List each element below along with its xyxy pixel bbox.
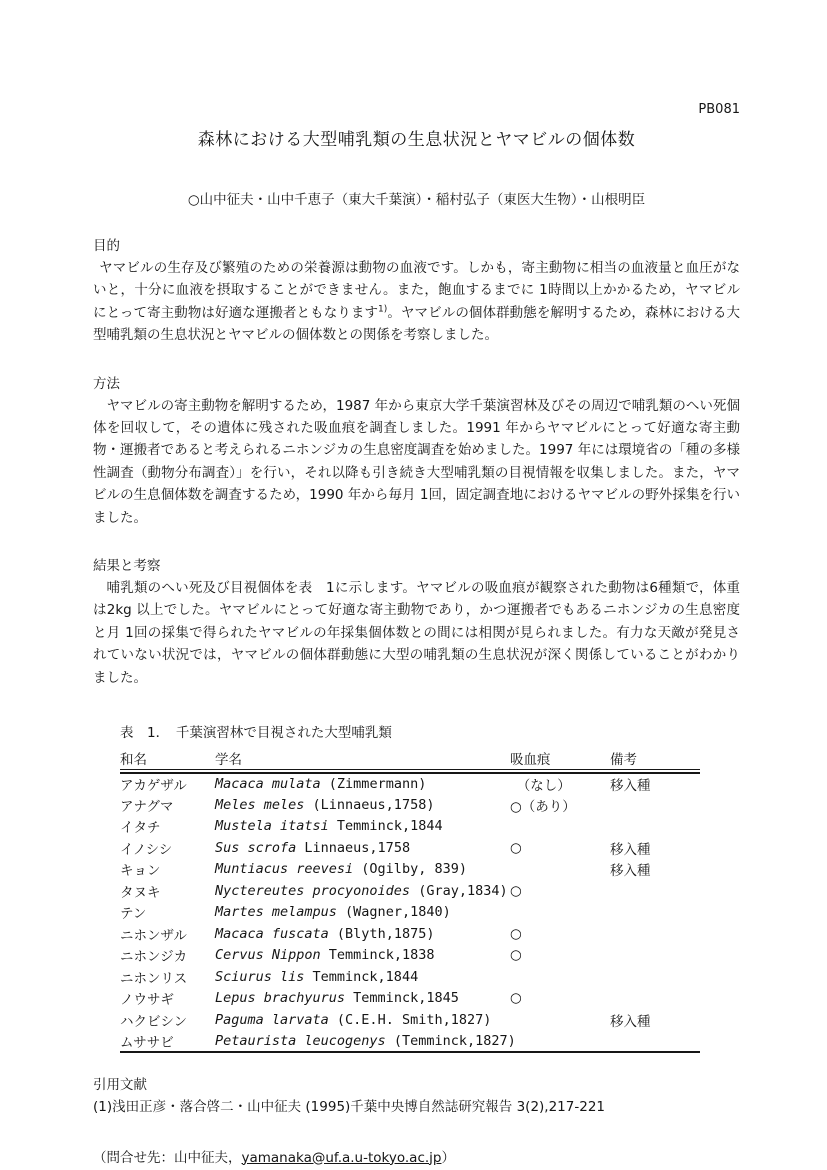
table-row: タヌキ Nyctereutes procyonoides (Gray,1834)…	[120, 880, 700, 902]
species-authority: (Gray,1834)	[410, 883, 508, 899]
remark: 移入種	[610, 837, 700, 859]
paper-code: PB081	[93, 102, 740, 117]
col-header-blood-mark: 吸血痕	[510, 748, 610, 770]
table-row: アナグマ Meles meles (Linnaeus,1758) ○（あり）	[120, 794, 700, 816]
section-heading-results: 結果と考察	[93, 555, 740, 577]
japanese-name: ノウサギ	[120, 988, 215, 1010]
scientific-name: Muntiacus reevesi (Ogilby, 839)	[215, 859, 510, 881]
table-row: アカゲザル Macaca mulata (Zimmermann) （なし） 移入…	[120, 773, 700, 795]
scientific-name: Meles meles (Linnaeus,1758)	[215, 794, 510, 816]
species-binomial: Nyctereutes procyonoides	[215, 883, 410, 899]
scientific-name: Sus scrofa Linnaeus,1758	[215, 837, 510, 859]
species-binomial: Mustela itatsi	[215, 818, 329, 834]
remark	[610, 816, 700, 838]
scientific-name: Macaca fuscata (Blyth,1875)	[215, 923, 510, 945]
table-row: キョン Muntiacus reevesi (Ogilby, 839) 移入種	[120, 859, 700, 881]
species-authority: Temminck,1844	[329, 818, 443, 834]
table-row: ニホンジカ Cervus Nippon Temminck,1838 ○	[120, 945, 700, 967]
remark	[610, 966, 700, 988]
remark	[610, 1031, 700, 1053]
citation-superscript: 1)	[378, 304, 387, 314]
species-binomial: Lepus brachyurus	[215, 990, 345, 1006]
species-binomial: Macaca fuscata	[215, 926, 329, 942]
species-authority: (Temminck,1827)	[386, 1033, 516, 1049]
section-heading-purpose: 目的	[93, 235, 740, 257]
species-authority: Temminck,1845	[345, 990, 459, 1006]
table-row: テン Martes melampus (Wagner,1840)	[120, 902, 700, 924]
table-header-row: 和名 学名 吸血痕 備考	[120, 748, 700, 770]
japanese-name: キョン	[120, 859, 215, 881]
table-row: ニホンザル Macaca fuscata (Blyth,1875) ○	[120, 923, 700, 945]
species-authority: (Wagner,1840)	[337, 904, 451, 920]
japanese-name: アナグマ	[120, 794, 215, 816]
remark	[610, 880, 700, 902]
blood-mark	[510, 902, 610, 924]
table-row: ムササビ Petaurista leucogenys (Temminck,182…	[120, 1031, 700, 1053]
col-header-remark: 備考	[610, 748, 700, 770]
blood-mark: ○（あり）	[510, 794, 610, 816]
section-method: 方法 ヤマビルの寄主動物を解明するため，1987 年から東京大学千葉演習林及びそ…	[93, 373, 740, 529]
remark	[610, 902, 700, 924]
japanese-name: ムササビ	[120, 1031, 215, 1053]
remark: 移入種	[610, 859, 700, 881]
table-row: イノシシ Sus scrofa Linnaeus,1758 ○ 移入種	[120, 837, 700, 859]
purpose-paragraph: ヤマビルの生存及び繁殖のための栄養源は動物の血液です。しかも，寄主動物に相当の血…	[93, 257, 740, 347]
remark	[610, 988, 700, 1010]
species-authority: (Zimmermann)	[321, 776, 427, 792]
blood-mark	[510, 1031, 610, 1053]
scientific-name: Macaca mulata (Zimmermann)	[215, 773, 510, 795]
table-caption: 表 1． 千葉演習林で目視された大型哺乳類	[120, 724, 740, 742]
section-heading-references: 引用文献	[93, 1074, 740, 1096]
species-binomial: Martes melampus	[215, 904, 337, 920]
species-binomial: Meles meles	[215, 797, 304, 813]
blood-mark	[510, 1009, 610, 1031]
japanese-name: タヌキ	[120, 880, 215, 902]
species-authority: (Ogilby, 839)	[353, 861, 467, 877]
table-row: ニホンリス Sciurus lis Temminck,1844	[120, 966, 700, 988]
species-binomial: Macaca mulata	[215, 776, 321, 792]
scientific-name: Petaurista leucogenys (Temminck,1827)	[215, 1031, 510, 1053]
japanese-name: イタチ	[120, 816, 215, 838]
scientific-name: Mustela itatsi Temminck,1844	[215, 816, 510, 838]
scientific-name: Lepus brachyurus Temminck,1845	[215, 988, 510, 1010]
table-row: イタチ Mustela itatsi Temminck,1844	[120, 816, 700, 838]
blood-mark: ○	[510, 923, 610, 945]
species-binomial: Cervus Nippon	[215, 947, 321, 963]
japanese-name: テン	[120, 902, 215, 924]
species-authority: Temminck,1838	[321, 947, 435, 963]
species-binomial: Petaurista leucogenys	[215, 1033, 386, 1049]
blood-mark: ○	[510, 945, 610, 967]
scientific-name: Martes melampus (Wagner,1840)	[215, 902, 510, 924]
remark	[610, 794, 700, 816]
blood-mark: ○	[510, 988, 610, 1010]
blood-mark	[510, 966, 610, 988]
blood-mark: ○	[510, 880, 610, 902]
species-authority: (C.E.H. Smith,1827)	[329, 1012, 492, 1028]
remark	[610, 945, 700, 967]
contact-close-paren: ）	[441, 1150, 455, 1166]
scientific-name: Cervus Nippon Temminck,1838	[215, 945, 510, 967]
contact-line: （問合せ先：山中征夫，yamanaka@uf.a.u-tokyo.ac.jp）	[93, 1147, 740, 1169]
blood-mark	[510, 859, 610, 881]
japanese-name: イノシシ	[120, 837, 215, 859]
species-binomial: Muntiacus reevesi	[215, 861, 353, 877]
remark: 移入種	[610, 773, 700, 795]
scientific-name: Paguma larvata (C.E.H. Smith,1827)	[215, 1009, 510, 1031]
species-authority: Linnaeus,1758	[296, 840, 410, 856]
species-binomial: Sciurus lis	[215, 969, 304, 985]
abstract-page: PB081 森林における大型哺乳類の生息状況とヤマビルの個体数 ○山中征夫・山中…	[0, 0, 827, 1170]
table-row: ノウサギ Lepus brachyurus Temminck,1845 ○	[120, 988, 700, 1010]
scientific-name: Nyctereutes procyonoides (Gray,1834)	[215, 880, 510, 902]
remark	[610, 923, 700, 945]
section-results: 結果と考察 哺乳類のへい死及び目視個体を表 1に示します。ヤマビルの吸血痕が観察…	[93, 555, 740, 689]
species-binomial: Sus scrofa	[215, 840, 296, 856]
mammal-table: 和名 学名 吸血痕 備考 アカゲザル Macaca mulata (Zimmer…	[120, 748, 700, 1053]
species-authority: Temminck,1844	[304, 969, 418, 985]
table-block: 表 1． 千葉演習林で目視された大型哺乳類 和名 学名 吸血痕 備考 アカゲザル	[120, 724, 740, 1053]
japanese-name: ニホンザル	[120, 923, 215, 945]
reference-item: (1)浅田正彦・落合啓二・山中征夫 (1995)千葉中央博自然誌研究報告 3(2…	[93, 1096, 740, 1118]
blood-mark: （なし）	[510, 773, 610, 795]
japanese-name: アカゲザル	[120, 773, 215, 795]
section-purpose: 目的 ヤマビルの生存及び繁殖のための栄養源は動物の血液です。しかも，寄主動物に相…	[93, 235, 740, 347]
paper-title: 森林における大型哺乳類の生息状況とヤマビルの個体数	[93, 130, 740, 151]
section-references: 引用文献 (1)浅田正彦・落合啓二・山中征夫 (1995)千葉中央博自然誌研究報…	[93, 1074, 740, 1118]
contact-email-link[interactable]: yamanaka@uf.a.u-tokyo.ac.jp	[242, 1150, 442, 1166]
page-content: PB081 森林における大型哺乳類の生息状況とヤマビルの個体数 ○山中征夫・山中…	[0, 0, 827, 1169]
table-row: ハクビシン Paguma larvata (C.E.H. Smith,1827)…	[120, 1009, 700, 1031]
remark: 移入種	[610, 1009, 700, 1031]
blood-mark: ○	[510, 837, 610, 859]
results-paragraph: 哺乳類のへい死及び目視個体を表 1に示します。ヤマビルの吸血痕が観察された動物は…	[93, 577, 740, 689]
col-header-japanese-name: 和名	[120, 748, 215, 770]
species-binomial: Paguma larvata	[215, 1012, 329, 1028]
method-paragraph: ヤマビルの寄主動物を解明するため，1987 年から東京大学千葉演習林及びその周辺…	[93, 395, 740, 529]
authors-line: ○山中征夫・山中千恵子（東大千葉演）・稲村弘子（東医大生物）・山根明臣	[93, 192, 740, 209]
species-authority: (Linnaeus,1758)	[304, 797, 434, 813]
blood-mark	[510, 816, 610, 838]
scientific-name: Sciurus lis Temminck,1844	[215, 966, 510, 988]
section-heading-method: 方法	[93, 373, 740, 395]
contact-label: （問合せ先：山中征夫，	[93, 1150, 242, 1166]
japanese-name: ハクビシン	[120, 1009, 215, 1031]
col-header-scientific-name: 学名	[215, 748, 510, 770]
japanese-name: ニホンリス	[120, 966, 215, 988]
species-authority: (Blyth,1875)	[329, 926, 435, 942]
japanese-name: ニホンジカ	[120, 945, 215, 967]
